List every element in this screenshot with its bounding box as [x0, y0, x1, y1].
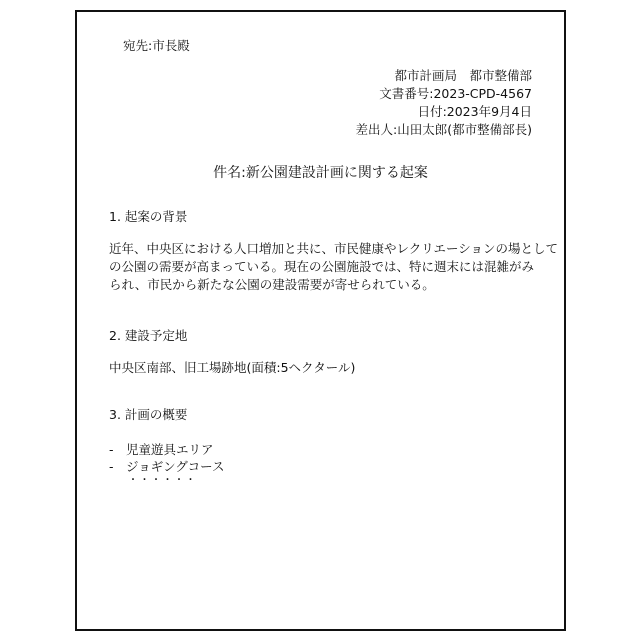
- list-item: - 児童遊具エリア: [109, 441, 225, 458]
- list-bullet: -: [109, 441, 126, 458]
- overview-list: - 児童遊具エリア - ジョギングコース: [109, 441, 225, 475]
- list-item-text: ジョギングコース: [126, 458, 225, 475]
- sender-department: 都市計画局 都市整備部: [356, 67, 532, 85]
- list-bullet: -: [109, 458, 126, 475]
- paragraph-line: られ、市民から新たな公園の建設需要が寄せられている。: [109, 276, 534, 294]
- paragraph-line: の公園の需要が高まっている。現在の公園施設では、特に週末には混雑がみ: [109, 258, 534, 276]
- document-page: 宛先:市長殿 都市計画局 都市整備部 文書番号:2023-CPD-4567 日付…: [75, 10, 566, 631]
- document-number: 文書番号:2023-CPD-4567: [356, 85, 532, 103]
- section-heading-overview: 3. 計画の概要: [109, 406, 187, 424]
- paragraph-line: 近年、中央区における人口増加と共に、市民健康やレクリエーションの場として: [109, 240, 534, 258]
- section-body-background: 近年、中央区における人口増加と共に、市民健康やレクリエーションの場として の公園…: [109, 240, 534, 294]
- sender-name: 差出人:山田太郎(都市整備部長): [356, 121, 532, 139]
- document-subject: 件名:新公園建設計画に関する起案: [77, 163, 564, 183]
- addressee: 宛先:市長殿: [123, 37, 190, 55]
- list-continuation: ・・・・・・: [128, 474, 197, 488]
- section-heading-background: 1. 起案の背景: [109, 208, 187, 226]
- list-item: - ジョギングコース: [109, 458, 225, 475]
- document-date: 日付:2023年9月4日: [356, 103, 532, 121]
- section-body-site: 中央区南部、旧工場跡地(面積:5ヘクタール): [109, 359, 355, 377]
- list-item-text: 児童遊具エリア: [126, 441, 214, 458]
- section-heading-site: 2. 建設予定地: [109, 327, 187, 345]
- sender-block: 都市計画局 都市整備部 文書番号:2023-CPD-4567 日付:2023年9…: [356, 67, 532, 139]
